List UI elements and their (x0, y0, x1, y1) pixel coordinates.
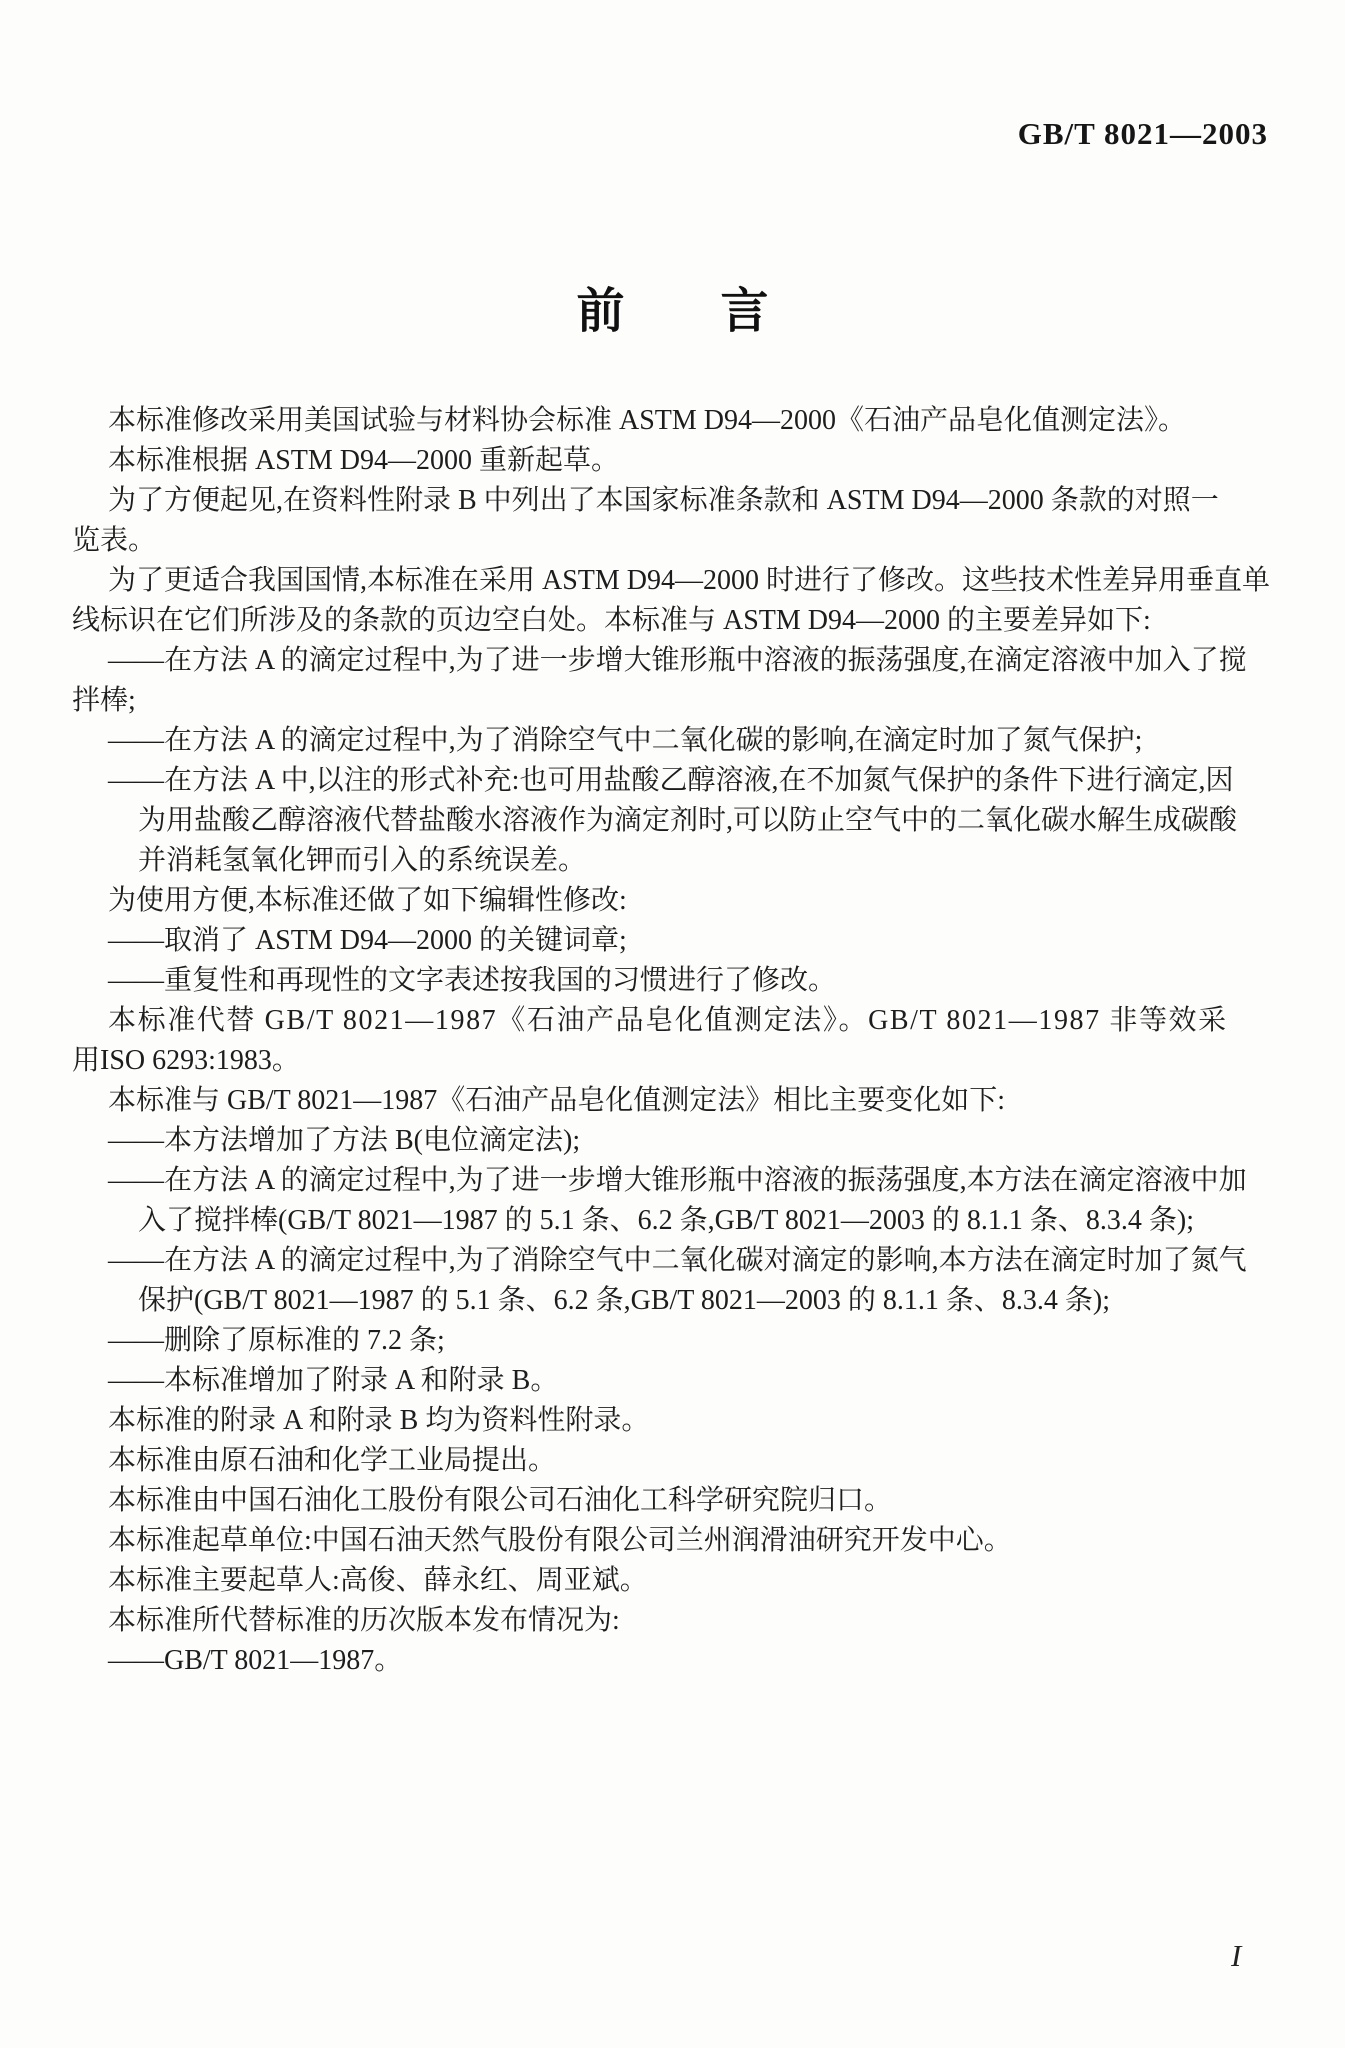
body-line: 用ISO 6293:1983。 (72, 1041, 1275, 1081)
document-page: GB/T 8021—2003 前 言 本标准修改采用美国试验与材料协会标准 AS… (0, 0, 1345, 2048)
body-line: ——在方法 A 的滴定过程中,为了进一步增大锥形瓶中溶液的振荡强度,在滴定溶液中… (108, 641, 1275, 681)
body-line: 并消耗氢氧化钾而引入的系统误差。 (138, 841, 1275, 881)
standard-code-header: GB/T 8021—2003 (1018, 116, 1268, 152)
body-line: 本标准修改采用美国试验与材料协会标准 ASTM D94—2000《石油产品皂化值… (108, 401, 1275, 441)
body-line: ——重复性和再现性的文字表述按我国的习惯进行了修改。 (108, 961, 1275, 1001)
body-line: ——本标准增加了附录 A 和附录 B。 (108, 1361, 1275, 1401)
body-line: 为了方便起见,在资料性附录 B 中列出了本国家标准条款和 ASTM D94—20… (108, 481, 1275, 521)
body-line: 为使用方便,本标准还做了如下编辑性修改: (108, 881, 1275, 921)
body-line: 入了搅拌棒(GB/T 8021—1987 的 5.1 条、6.2 条,GB/T … (138, 1201, 1275, 1241)
body-line: 拌棒; (72, 681, 1275, 721)
body-line: 为用盐酸乙醇溶液代替盐酸水溶液作为滴定剂时,可以防止空气中的二氧化碳水解生成碳酸 (138, 801, 1275, 841)
body-line: 本标准与 GB/T 8021—1987《石油产品皂化值测定法》相比主要变化如下: (108, 1081, 1275, 1121)
body-line: 本标准所代替标准的历次版本发布情况为: (108, 1601, 1275, 1641)
body-line: 本标准根据 ASTM D94—2000 重新起草。 (108, 441, 1275, 481)
body-line: ——在方法 A 的滴定过程中,为了消除空气中二氧化碳的影响,在滴定时加了氮气保护… (108, 721, 1275, 761)
body-line: ——GB/T 8021—1987。 (108, 1641, 1275, 1681)
body-line: 览表。 (72, 521, 1275, 561)
body-lines: 本标准修改采用美国试验与材料协会标准 ASTM D94—2000《石油产品皂化值… (72, 401, 1275, 1681)
body-line: ——取消了 ASTM D94—2000 的关键词章; (108, 921, 1275, 961)
body-line: 本标准由中国石油化工股份有限公司石油化工科学研究院归口。 (108, 1481, 1275, 1521)
body-line: 保护(GB/T 8021—1987 的 5.1 条、6.2 条,GB/T 802… (138, 1281, 1275, 1321)
body-line: 线标识在它们所涉及的条款的页边空白处。本标准与 ASTM D94—2000 的主… (72, 601, 1275, 641)
body-line: ——在方法 A 的滴定过程中,为了进一步增大锥形瓶中溶液的振荡强度,本方法在滴定… (108, 1161, 1275, 1201)
body-line: 本标准由原石油和化学工业局提出。 (108, 1441, 1275, 1481)
body-line: 本标准的附录 A 和附录 B 均为资料性附录。 (108, 1401, 1275, 1441)
body-line: ——本方法增加了方法 B(电位滴定法); (108, 1121, 1275, 1161)
body-line: 本标准代替 GB/T 8021—1987《石油产品皂化值测定法》。GB/T 80… (108, 1001, 1275, 1041)
body-line: ——删除了原标准的 7.2 条; (108, 1321, 1275, 1361)
body-line: 本标准主要起草人:高俊、薛永红、周亚斌。 (108, 1561, 1275, 1601)
body-line: 为了更适合我国国情,本标准在采用 ASTM D94—2000 时进行了修改。这些… (108, 561, 1275, 601)
foreword-title: 前 言 (0, 272, 1345, 341)
body-line: ——在方法 A 的滴定过程中,为了消除空气中二氧化碳对滴定的影响,本方法在滴定时… (108, 1241, 1275, 1281)
body-line: 本标准起草单位:中国石油天然气股份有限公司兰州润滑油研究开发中心。 (108, 1521, 1275, 1561)
page-number: I (1231, 1938, 1241, 1974)
body-line: ——在方法 A 中,以注的形式补充:也可用盐酸乙醇溶液,在不加氮气保护的条件下进… (108, 761, 1275, 801)
